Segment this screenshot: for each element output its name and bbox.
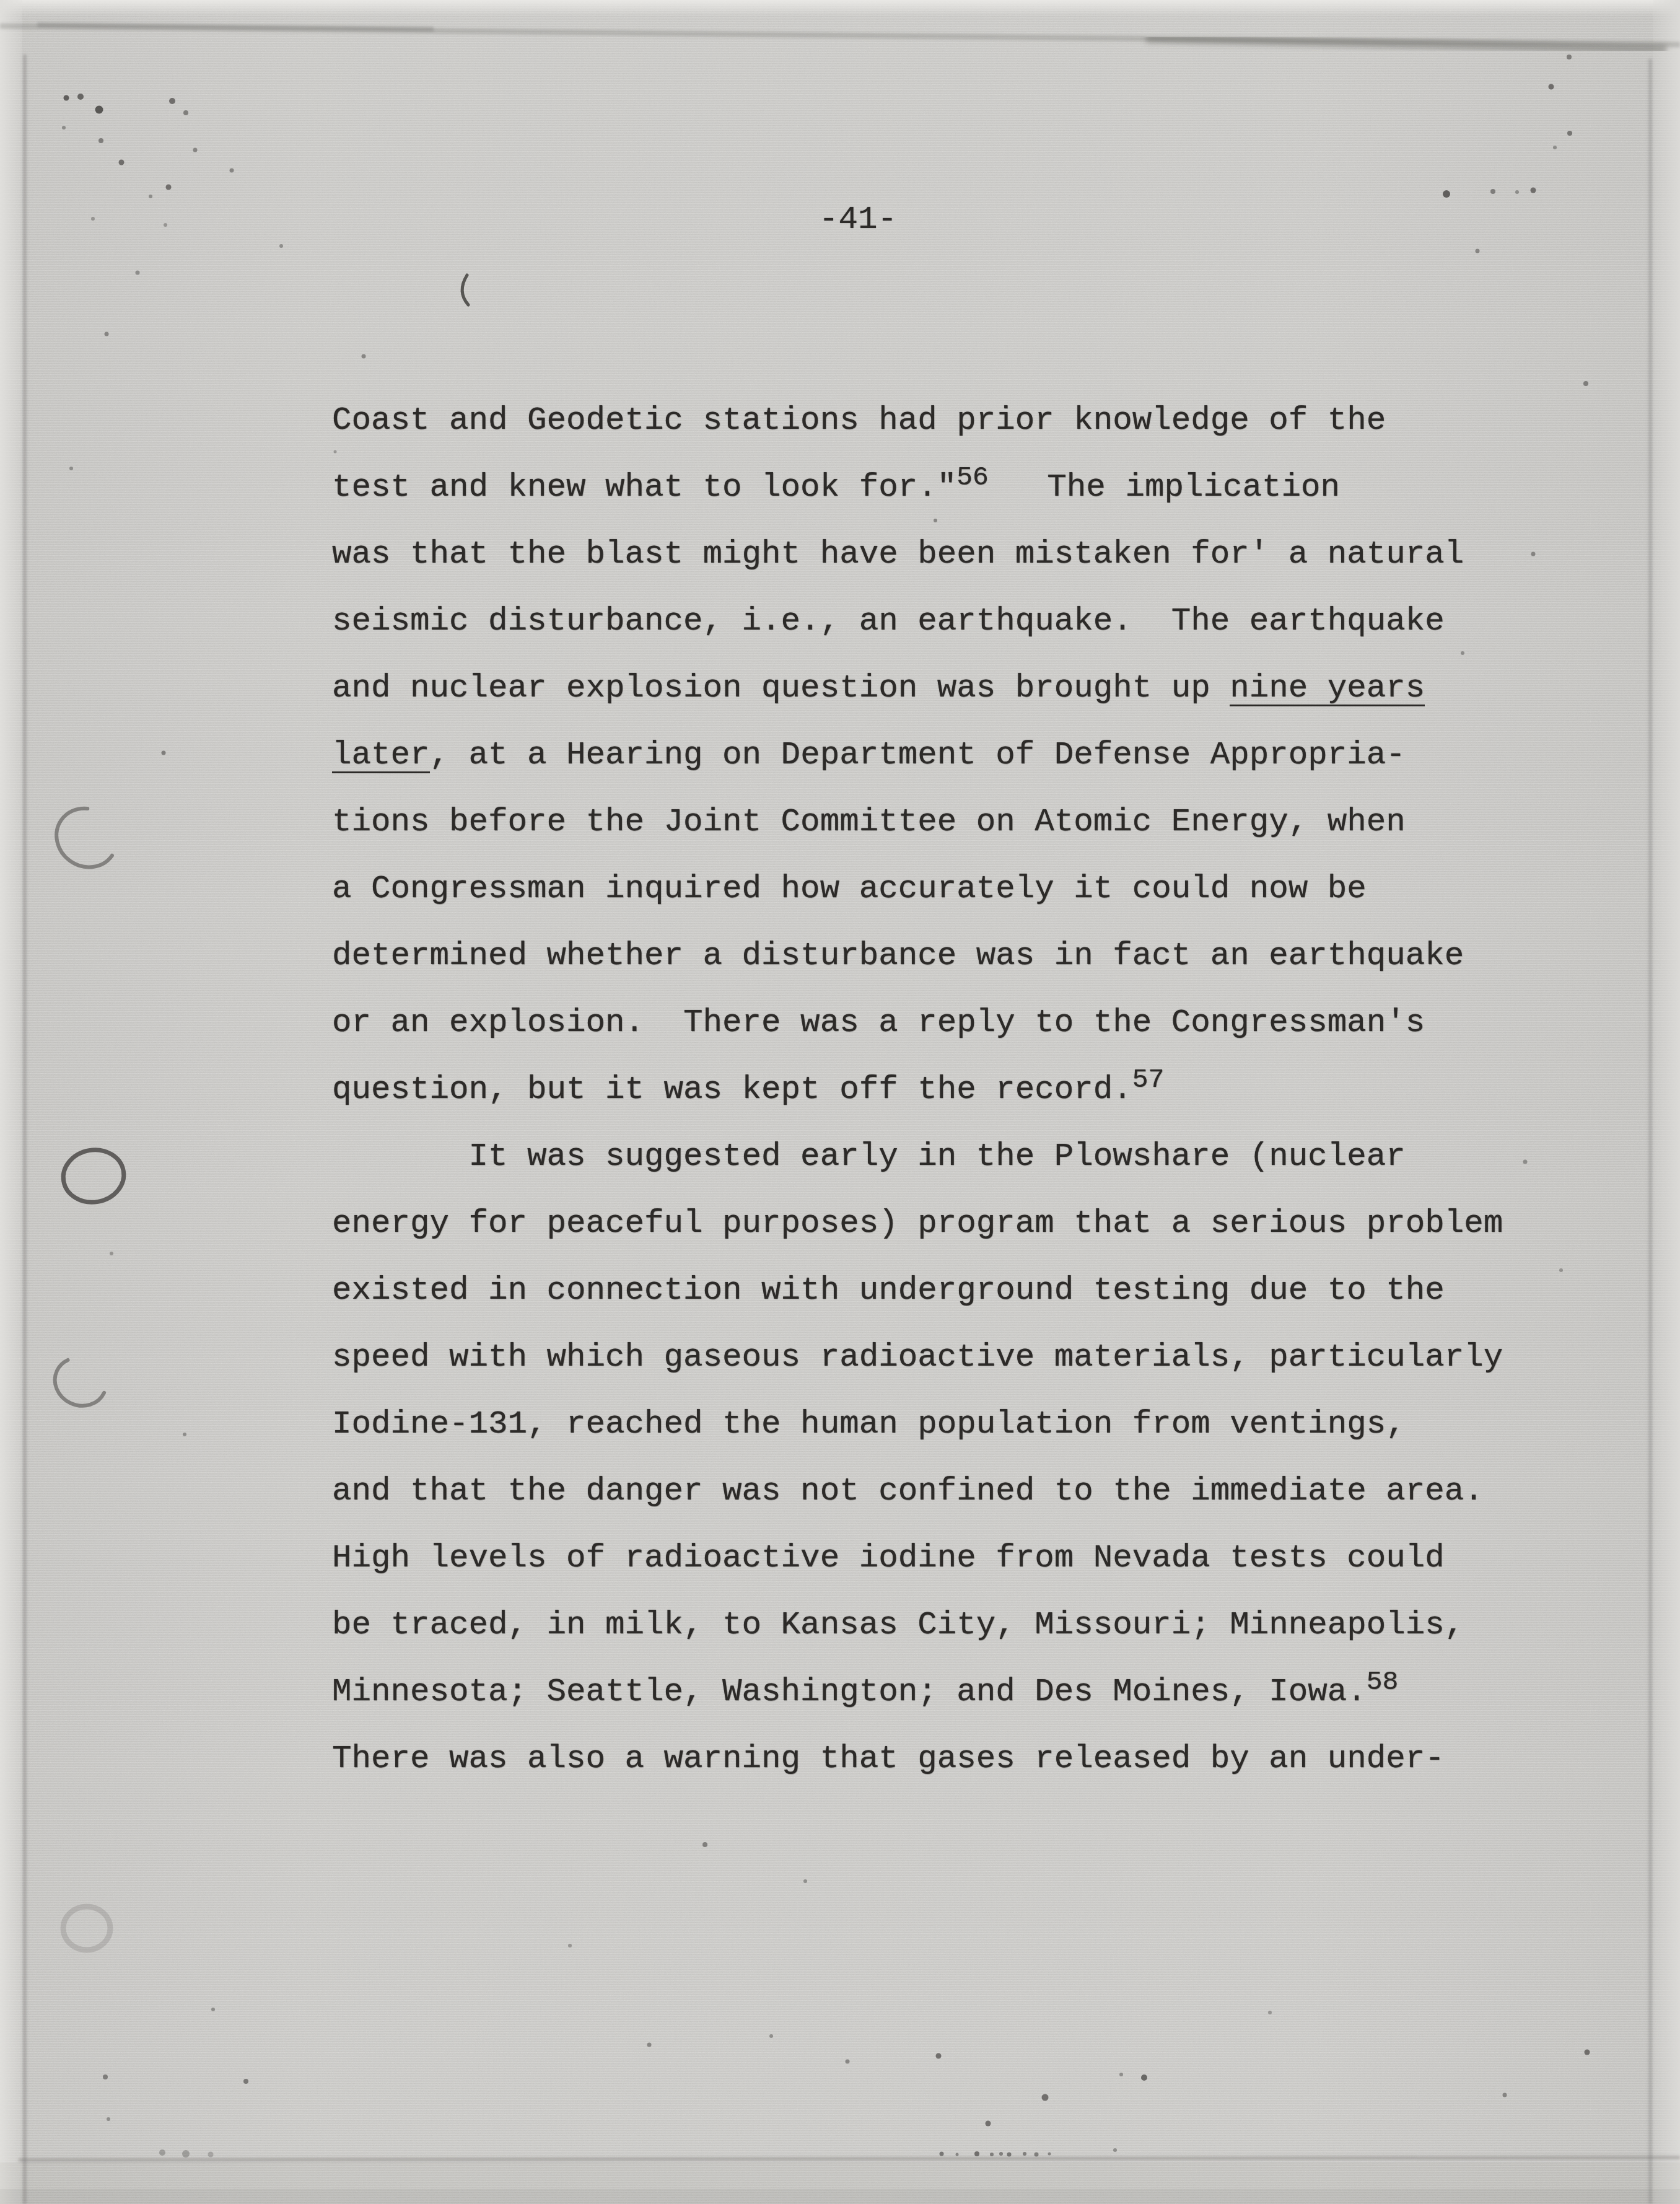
dust-speck: [1567, 131, 1572, 136]
dust-speck: [166, 185, 172, 190]
paper-edge-top-highlight: [0, 0, 1680, 16]
text-segment: , at a Hearing on Department of Defense …: [430, 736, 1406, 773]
text-segment: was that the blast might have been mista…: [332, 535, 1464, 573]
dust-speck: [183, 110, 188, 115]
text-line: tions before the Joint Committee on Atom…: [332, 788, 1546, 855]
paper-edge-top-line: [0, 26, 1680, 45]
dust-speck: [182, 2150, 190, 2158]
dust-speck: [1268, 2011, 1272, 2014]
text-line: be traced, in milk, to Kansas City, Miss…: [332, 1591, 1546, 1658]
text-segment: and nuclear explosion question was broug…: [332, 669, 1230, 706]
dust-speck: [940, 2152, 944, 2156]
text-segment: a Congressman inquired how accurately it…: [332, 870, 1367, 907]
dust-speck: [110, 1252, 113, 1255]
dust-speck: [169, 98, 175, 104]
hole-punch-mark: [63, 1907, 110, 1950]
text-segment: or an explosion. There was a reply to th…: [332, 1004, 1425, 1041]
text-line: High levels of radioactive iodine from N…: [332, 1524, 1546, 1591]
dust-speck: [208, 2152, 214, 2158]
body-text: Coast and Geodetic stations had prior kn…: [332, 387, 1546, 1792]
dust-speck: [956, 2153, 959, 2156]
dust-speck: [1023, 2152, 1026, 2156]
text-segment: Minnesota; Seattle, Washington; and Des …: [332, 1673, 1367, 1710]
dust-speck: [193, 148, 198, 152]
dust-speck: [162, 751, 166, 755]
hole-punch-mark: [45, 797, 129, 879]
dust-speck: [846, 2060, 850, 2064]
text-line: and that the danger was not confined to …: [332, 1457, 1546, 1524]
dust-speck: [568, 1944, 572, 1947]
dust-speck: [98, 138, 103, 143]
footnote-ref: 58: [1367, 1667, 1399, 1697]
dust-speck: [1549, 84, 1554, 90]
text-segment: be traced, in milk, to Kansas City, Miss…: [332, 1606, 1464, 1643]
dust-speck: [1515, 190, 1519, 194]
dust-speck: [1042, 2094, 1049, 2101]
text-segment: It was suggested early in the Plowshare …: [332, 1138, 1406, 1175]
page-number: -41-: [819, 186, 897, 253]
text-segment: test and knew what to look for.": [332, 468, 956, 506]
dust-speck: [1585, 2050, 1590, 2055]
dust-speck: [1567, 55, 1572, 59]
dust-speck: [990, 2153, 994, 2156]
dust-speck: [103, 2074, 108, 2079]
paper-edge-top-smudge: [1146, 38, 1666, 50]
text-segment: question, but it was kept off the record…: [332, 1071, 1132, 1108]
dust-speck: [647, 2043, 652, 2047]
dust-speck: [159, 2149, 165, 2156]
dust-speck: [1531, 188, 1536, 193]
text-segment: determined whether a disturbance was in …: [332, 937, 1464, 974]
text-line: existed in connection with underground t…: [332, 1257, 1546, 1324]
dust-speck: [107, 2117, 110, 2121]
underlined-text: later: [332, 736, 430, 773]
text-line: energy for peaceful purposes) program th…: [332, 1190, 1546, 1257]
dust-speck: [91, 217, 95, 221]
dust-speck: [149, 195, 152, 198]
dust-speck: [1503, 2093, 1507, 2097]
text-line: Coast and Geodetic stations had prior kn…: [332, 387, 1546, 454]
text-segment: Coast and Geodetic stations had prior kn…: [332, 402, 1386, 439]
dust-speck: [164, 223, 167, 227]
dust-speck: [119, 160, 125, 165]
text-line: a Congressman inquired how accurately it…: [332, 855, 1546, 922]
dust-speck: [1476, 249, 1480, 253]
text-line: There was also a warning that gases rele…: [332, 1725, 1546, 1792]
text-line: question, but it was kept off the record…: [332, 1056, 1546, 1123]
text-line: or an explosion. There was a reply to th…: [332, 989, 1546, 1056]
dust-speck: [64, 95, 69, 101]
dust-speck: [974, 2151, 979, 2156]
text-segment: speed with which gaseous radioactive mat…: [332, 1338, 1503, 1376]
text-line: test and knew what to look for."56 The i…: [332, 454, 1546, 520]
text-line: later, at a Hearing on Department of Def…: [332, 721, 1546, 788]
text-line: seismic disturbance, i.e., an earthquake…: [332, 587, 1546, 654]
dust-speck: [999, 2152, 1003, 2156]
dust-speck: [769, 2034, 773, 2038]
dust-speck: [62, 126, 66, 130]
footnote-ref: 56: [956, 462, 989, 493]
text-segment: energy for peaceful purposes) program th…: [332, 1205, 1503, 1242]
dust-speck: [702, 1842, 707, 1847]
dust-speck: [211, 2008, 215, 2011]
dust-speck: [230, 169, 234, 173]
text-line: It was suggested early in the Plowshare …: [332, 1123, 1546, 1190]
dust-speck: [1048, 2153, 1051, 2156]
dust-speck: [95, 106, 103, 114]
dust-speck: [183, 1433, 186, 1436]
hole-punch-mark: [47, 1350, 114, 1414]
paper-edge-right-margin: [1653, 0, 1680, 2204]
text-segment: tions before the Joint Committee on Atom…: [332, 803, 1406, 840]
text-line: was that the blast might have been mista…: [332, 520, 1546, 587]
text-line: speed with which gaseous radioactive mat…: [332, 1324, 1546, 1390]
dust-speck: [803, 1879, 807, 1883]
dust-speck: [243, 2079, 248, 2084]
dust-speck: [1119, 2073, 1123, 2076]
dust-speck: [279, 244, 283, 248]
paper-edge-bottom-line: [19, 2158, 1680, 2160]
text-line: Iodine-131, reached the human population…: [332, 1390, 1546, 1457]
text-segment: There was also a warning that gases rele…: [332, 1740, 1445, 1777]
dust-speck: [77, 94, 84, 100]
dust-speck: [936, 2053, 942, 2059]
dust-speck: [1583, 381, 1588, 386]
text-line: Minnesota; Seattle, Washington; and Des …: [332, 1658, 1546, 1725]
footnote-ref: 57: [1132, 1065, 1165, 1095]
dust-speck: [1443, 190, 1450, 198]
dust-speck: [1007, 2153, 1012, 2157]
dust-speck: [105, 332, 109, 336]
text-segment: seismic disturbance, i.e., an earthquake…: [332, 602, 1445, 639]
dust-speck: [1035, 2153, 1039, 2157]
text-segment: and that the danger was not confined to …: [332, 1472, 1484, 1509]
document-page: -41- Coast and Geodetic stations had pri…: [0, 0, 1680, 2204]
hole-punch-mark: [59, 1145, 128, 1207]
dust-speck: [986, 2121, 991, 2127]
dust-speck: [1553, 146, 1557, 149]
text-segment: The implication: [989, 468, 1340, 506]
text-segment: Iodine-131, reached the human population…: [332, 1405, 1406, 1442]
dust-speck: [69, 467, 73, 470]
dust-speck: [1490, 189, 1495, 194]
stray-pen-mark: [462, 275, 468, 305]
text-segment: existed in connection with underground t…: [332, 1271, 1445, 1309]
text-segment: High levels of radioactive iodine from N…: [332, 1539, 1445, 1576]
dust-speck: [1141, 2074, 1147, 2081]
dust-speck: [362, 354, 366, 359]
dust-speck: [1113, 2148, 1117, 2152]
text-line: and nuclear explosion question was broug…: [332, 654, 1546, 721]
underlined-text: nine years: [1230, 669, 1425, 706]
text-line: determined whether a disturbance was in …: [332, 922, 1546, 989]
dust-speck: [1559, 1268, 1563, 1272]
paper-edge-left-margin: [0, 0, 22, 2204]
paper-edge-bottom-shade-dark: [0, 2189, 1680, 2204]
dust-speck: [136, 271, 140, 275]
